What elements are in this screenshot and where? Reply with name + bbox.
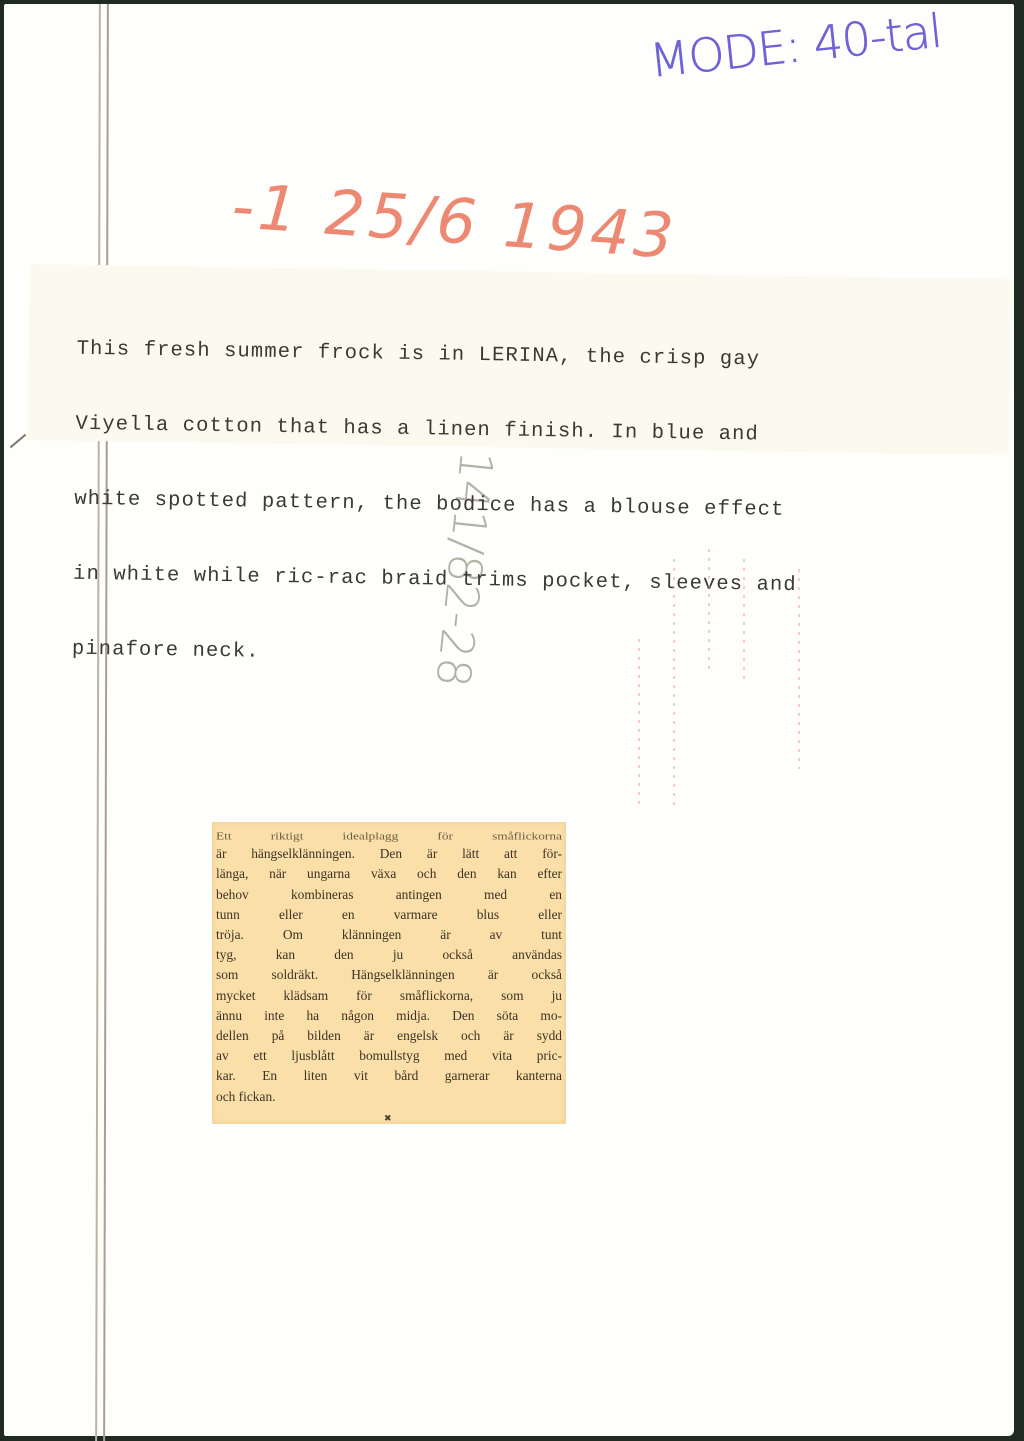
clipping-line: ännu inte ha någon midja. Den söta mo-: [216, 1006, 562, 1026]
clipping-line: Ett riktigt idealplagg för småflickorna: [216, 829, 562, 844]
typed-caption-line: white spotted pattern, the bodice has a …: [74, 487, 974, 526]
photo-back-paper: MODE: 40-tal -1 25/6 1943 141/82-28 This…: [4, 4, 1014, 1436]
clipping-line: mycket klädsam för småflickorna, som ju: [216, 986, 562, 1006]
date-annotation: -1 25/6 1943: [229, 169, 679, 273]
clipping-line: som soldräkt. Hängselklänningen är också: [216, 965, 562, 985]
clipping-line: av ett ljusblått bomullstyg med vita pri…: [216, 1046, 562, 1066]
clipping-line: tunn eller en varmare blus eller: [216, 905, 562, 925]
clipping-line: och fickan.: [216, 1087, 562, 1107]
clipping-end-mark-icon: ✖: [384, 1114, 392, 1124]
pencil-tick-mark: [10, 434, 27, 448]
clipping-text: Ett riktigt idealplagg för småflickorna …: [216, 824, 562, 1107]
clipping-line: länga, när ungarna växa och den kan efte…: [216, 864, 562, 884]
newspaper-clipping: Ett riktigt idealplagg för småflickorna …: [212, 822, 566, 1124]
catalog-code-annotation: MODE: 40-tal: [647, 4, 944, 88]
typed-caption-line: This fresh summer frock is in LERINA, th…: [76, 337, 976, 376]
typed-caption-line: pinafore neck.: [72, 637, 972, 676]
typed-caption-text: This fresh summer frock is in LERINA, th…: [71, 287, 978, 726]
clipping-line: dellen på bilden är engelsk och är sydd: [216, 1026, 562, 1046]
faded-stamp-impression: [638, 549, 818, 809]
vertical-rule-line: [95, 4, 101, 1441]
typed-caption-slip: This fresh summer frock is in LERINA, th…: [27, 264, 1012, 455]
clipping-line: tröja. Om klänningen är av tunt: [216, 925, 562, 945]
typed-caption-line: Viyella cotton that has a linen finish. …: [75, 412, 975, 451]
clipping-line: tyg, kan den ju också användas: [216, 945, 562, 965]
vertical-rule-line: [103, 4, 109, 1441]
clipping-line: är hängselklänningen. Den är lätt att fö…: [216, 844, 562, 864]
clipping-line: kar. En liten vit bård garnerar kanterna: [216, 1066, 562, 1086]
typed-caption-line: in white while ric-rac braid trims pocke…: [73, 562, 973, 601]
clipping-line: behov kombineras antingen med en: [216, 885, 562, 905]
